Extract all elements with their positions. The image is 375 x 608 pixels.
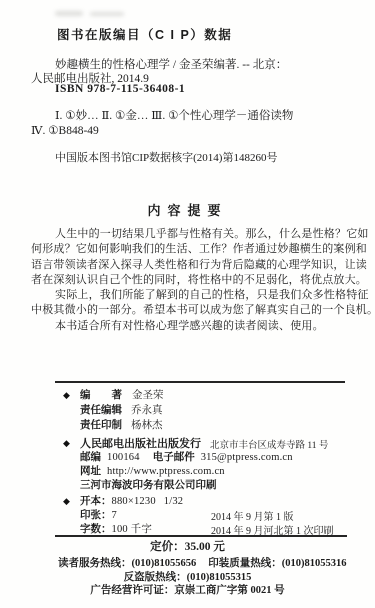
words-row: 字数：100 千字: [80, 521, 152, 536]
colophon-rule-top: [55, 381, 345, 383]
cip-registry: 中国版本图书馆CIP数据核字(2014)第148260号: [55, 149, 277, 165]
edition-date: 2014 年 9 月第 1 版: [211, 508, 294, 523]
editor-row: 责任编辑乔永真: [80, 402, 163, 417]
website-label: 网址: [80, 465, 101, 477]
author-label: 编: [80, 389, 91, 401]
postcode-value: 100164: [107, 452, 140, 463]
abstract-line: 实际上，我们所能了解到的自己的性格，只是我们众多性格特征: [31, 288, 347, 303]
author-row: 编著金圣荣: [80, 387, 164, 402]
words-label: 字数：: [80, 523, 112, 535]
colophon-rule-bottom: [55, 535, 347, 537]
diamond-bullet-icon: ◆: [63, 390, 70, 401]
diamond-bullet-icon: ◆: [63, 496, 70, 507]
printer-row: 责任印制杨林杰: [80, 417, 163, 432]
abstract-line: 者在深刻认识自己个性的同时，将性格中的不足弱化，将优点放大。: [31, 273, 347, 288]
isbn-line: ISBN 978-7-115-36408-1: [55, 83, 185, 95]
printer-label: 责任印制: [80, 419, 122, 431]
hotline-row: 读者服务热线：(010)81055656印装质量热线：(010)81055316: [58, 555, 347, 570]
classification-line-1: Ⅰ. ①妙… Ⅱ. ①金… Ⅲ. ①个性心理学－通俗读物: [55, 107, 293, 123]
sheets-row: 印张：7: [80, 507, 117, 522]
postcode-email-row: 邮编100164电子邮件315@ptpress.com.cn: [80, 449, 293, 464]
abstract-line: 语言带领读者深入探寻人类性格和行为背后隐藏的心理学知识，让读: [31, 258, 347, 273]
abstract-line: 人生中的一切结果几乎都与性格有关。那么，什么是性格？它如: [31, 227, 347, 242]
author-name: 金圣荣: [132, 390, 164, 401]
abstract-line: 何形成？它如何影响我们的生活、工作？作者通过妙趣横生的案例和: [31, 242, 347, 257]
scan-artifact: [90, 12, 124, 16]
diamond-bullet-icon: ◆: [63, 438, 70, 449]
print-company: 三河市海波印务有限公司印刷: [80, 479, 217, 491]
price-label: 定价：: [150, 541, 185, 553]
printer-name: 杨林杰: [131, 420, 163, 431]
author-label: 著: [112, 389, 123, 401]
cip-header: 图书在版编目（C I P）数据: [57, 25, 232, 43]
classification-line-2: Ⅳ. ①B848-49: [31, 123, 99, 137]
editor-label: 责任编辑: [80, 404, 122, 416]
format-label: 开本：: [80, 495, 112, 507]
website-row: 网址http://www.ptpress.com.cn: [80, 463, 225, 478]
price-row: 定价：35.00 元: [0, 538, 375, 554]
website-value: http://www.ptpress.com.cn: [107, 466, 225, 477]
abstract-line: 中极其微小的一部分。希望本书可以成为您了解真实自己的一个良机。: [31, 303, 347, 318]
ad-license-line: 广告经营许可证：京崇工商广字第 0021 号: [0, 582, 375, 597]
scan-artifact: [55, 11, 83, 16]
format-size: 880×1230: [112, 496, 156, 507]
abstract-heading: 内容提要: [0, 200, 375, 219]
email-value: 315@ptpress.com.cn: [201, 452, 293, 463]
sheets-value: 7: [112, 510, 117, 521]
abstract-line: 本书适合所有对性格心理学感兴趣的读者阅读、使用。: [31, 319, 347, 334]
reader-service-hotline: 读者服务热线：(010)81055656: [58, 558, 196, 569]
format-row: 开本：880×12301/32: [80, 493, 183, 508]
abstract-body: 人生中的一切结果几乎都与性格有关。那么，什么是性格？它如 何形成？它如何影响我们…: [31, 227, 347, 334]
words-value: 100 千字: [112, 524, 153, 535]
editor-name: 乔永真: [131, 405, 163, 416]
print-company-row: 三河市海波印务有限公司印刷: [80, 477, 217, 492]
copyright-page: 图书在版编目（C I P）数据 妙趣横生的性格心理学 / 金圣荣编著. -- 北…: [0, 0, 375, 608]
email-label: 电子邮件: [153, 451, 195, 463]
print-quality-hotline: 印装质量热线：(010)81055316: [208, 558, 346, 569]
format-fraction: 1/32: [164, 496, 183, 507]
sheets-label: 印张：: [80, 509, 112, 521]
price-value: 35.00 元: [185, 541, 225, 553]
postcode-label: 邮编: [80, 451, 101, 463]
